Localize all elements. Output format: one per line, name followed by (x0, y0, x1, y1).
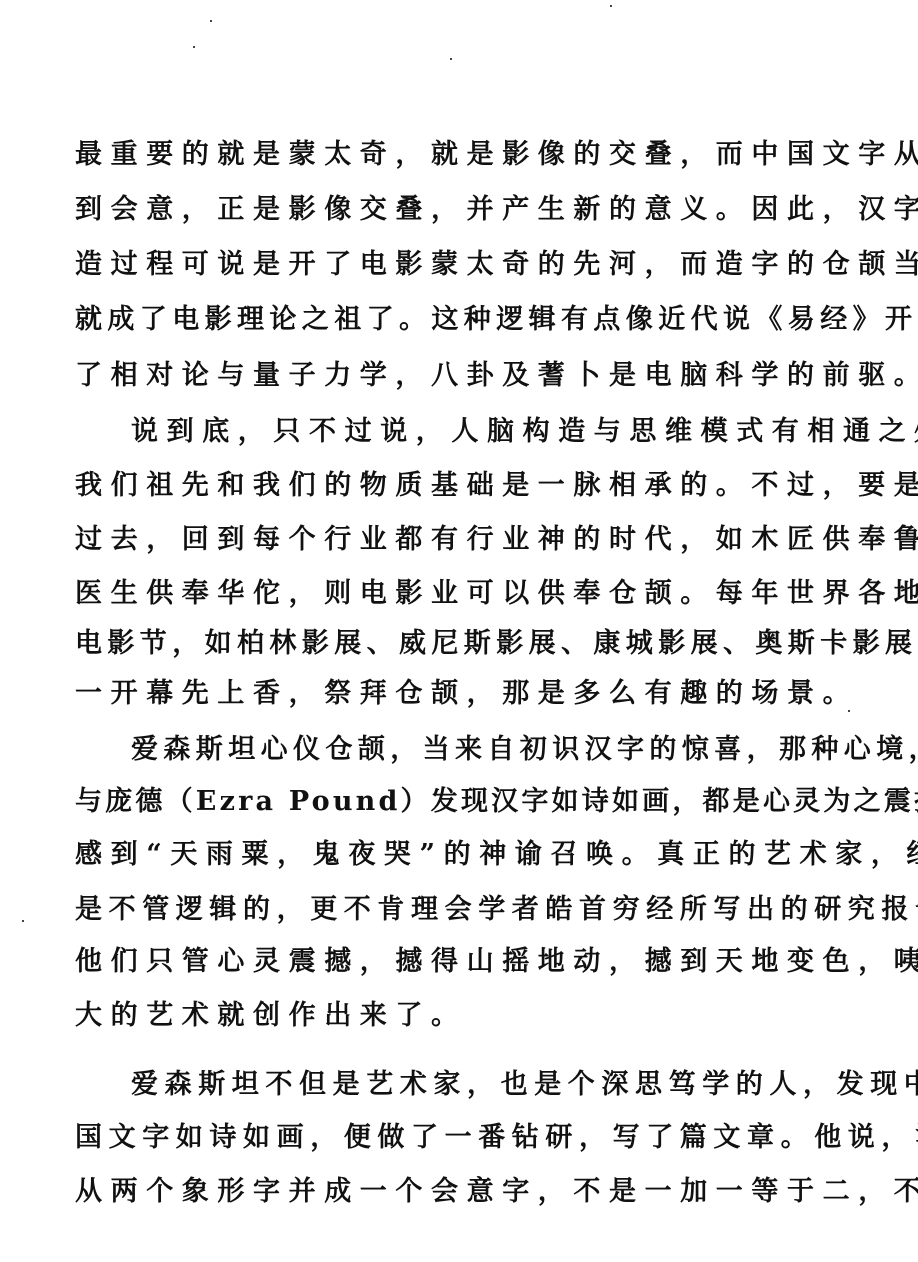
paragraph-3-line-4: 是不管逻辑的，更不肯理会学者皓首穷经所写出的研究报告。 (75, 890, 835, 930)
paragraph-2-line-4: 医生供奉华佗，则电影业可以供奉仓颉。每年世界各地举行 (75, 574, 835, 614)
paragraph-1-line-3: 造过程可说是开了电影蒙太奇的先河，而造字的仓颉当然也 (75, 245, 835, 285)
paragraph-3-line-3: 感到“天雨粟，鬼夜哭”的神谕召唤。真正的艺术家，经常 (75, 835, 835, 875)
paragraph-2-line-3: 过去，回到每个行业都有行业神的时代，如木匠供奉鲁班， (75, 520, 835, 560)
scan-speck (610, 5, 612, 7)
paragraph-2-line-5: 电影节，如柏林影展、威尼斯影展、康城影展、奥斯卡影展， (75, 624, 835, 664)
paragraph-1-line-2: 到会意，正是影像交叠，并产生新的意义。因此，汉字的创 (75, 190, 835, 230)
paragraph-2-line-1: 说到底，只不过说，人脑构造与思维模式有相通之处， (131, 412, 891, 452)
paragraph-3-line-6: 大的艺术就创作出来了。 (75, 996, 835, 1036)
scan-speck (210, 20, 212, 22)
scan-speck (450, 58, 452, 60)
paragraph-3-line-2: 与庞德（Ezra Pound）发现汉字如诗如画，都是心灵为之震撼， (75, 782, 835, 822)
paragraph-1-line-5: 了相对论与量子力学，八卦及蓍卜是电脑科学的前驱。 (75, 356, 835, 396)
paragraph-4-line-3: 从两个象形字并成一个会意字，不是一加一等于二，不是两 (75, 1172, 835, 1212)
paragraph-3-line-5: 他们只管心灵震撼，撼得山摇地动，撼到天地变色，咦，伟 (75, 942, 835, 982)
paragraph-4-line-2: 国文字如诗如画，便做了一番钻研，写了篇文章。他说，汉字 (75, 1118, 835, 1158)
paragraph-1-line-1: 最重要的就是蒙太奇，就是影像的交叠，而中国文字从象形 (75, 135, 835, 175)
scan-speck (22, 920, 24, 922)
paragraph-4-line-1: 爱森斯坦不但是艺术家，也是个深思笃学的人，发现中 (131, 1065, 891, 1105)
scan-speck (193, 46, 195, 48)
scanned-book-page: 最重要的就是蒙太奇，就是影像的交叠，而中国文字从象形 到会意，正是影像交叠，并产… (0, 0, 918, 1262)
paragraph-3-line-1: 爱森斯坦心仪仓颉，当来自初识汉字的惊喜，那种心境， (131, 730, 891, 770)
scan-speck (848, 710, 850, 712)
paragraph-1-line-4: 就成了电影理论之祖了。这种逻辑有点像近代说《易经》开启 (75, 300, 835, 340)
paragraph-2-line-2: 我们祖先和我们的物质基础是一脉相承的。不过，要是回到 (75, 466, 835, 506)
paragraph-2-line-6: 一开幕先上香，祭拜仓颉，那是多么有趣的场景。 (75, 674, 835, 714)
